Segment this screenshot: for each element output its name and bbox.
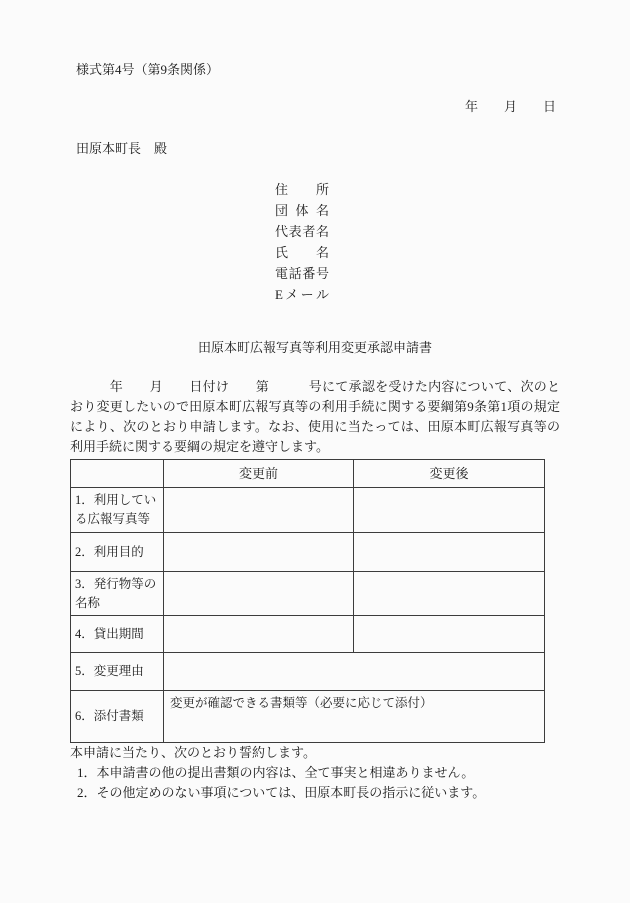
row-item1-before-cell <box>164 488 354 533</box>
applicant-field-char: 電 <box>275 264 288 284</box>
applicant-field-char: 所 <box>316 180 329 200</box>
table-row-item2: 2．利用目的 <box>71 533 545 572</box>
form-number: 様式第4号（第9条関係） <box>76 60 219 80</box>
table-header-row: 変更前変更後 <box>71 460 545 488</box>
applicant-field-name: 氏名 <box>275 242 329 263</box>
row-item2-after-cell <box>354 533 545 572</box>
applicant-field-char: 住 <box>275 180 288 200</box>
change-table: 変更前変更後 1．利用している広報写真等2．利用目的3．発行物等の名称4．貸出期… <box>70 459 545 743</box>
table-row-item5: 5．変更理由 <box>71 653 545 691</box>
applicant-field-organization: 団体名 <box>275 200 329 221</box>
row-item2-before-cell <box>164 533 354 572</box>
row-label-item4: 4．貸出期間 <box>71 616 164 653</box>
table-column-header-2: 変更後 <box>354 460 545 488</box>
applicant-field-char: E <box>275 285 283 305</box>
applicant-field-char: 名 <box>316 201 329 221</box>
row-item4-before-cell <box>164 616 354 653</box>
pledge-section: 本申請に当たり、次のとおり誓約します。 1．本申請書の他の提出書類の内容は、全て… <box>70 743 570 803</box>
row-label-item1: 1．利用している広報写真等 <box>71 488 164 533</box>
table-row-item4: 4．貸出期間 <box>71 616 545 653</box>
table-row-item1: 1．利用している広報写真等 <box>71 488 545 533</box>
table-row-item6: 6．添付書類変更が確認できる書類等（必要に応じて添付） <box>71 691 545 743</box>
document-page: 様式第4号（第9条関係） 年 月 日 田原本町長 殿 住所団体名代表者名氏名電話… <box>0 0 630 903</box>
pledge-item-1: 1．本申請書の他の提出書類の内容は、全て事実と相違ありません。 <box>77 763 570 783</box>
row-content-item6: 変更が確認できる書類等（必要に応じて添付） <box>164 691 545 743</box>
row-label-item2: 2．利用目的 <box>71 533 164 572</box>
row-item4-after-cell <box>354 616 545 653</box>
applicant-field-char: ル <box>316 285 329 305</box>
pledge-intro: 本申請に当たり、次のとおり誓約します。 <box>70 743 570 763</box>
applicant-field-char: メ <box>285 285 298 305</box>
table-column-header-0 <box>71 460 164 488</box>
applicant-field-phone: 電話番号 <box>275 263 329 284</box>
table-row-item3: 3．発行物等の名称 <box>71 572 545 616</box>
row-item1-after-cell <box>354 488 545 533</box>
applicant-field-char: 団 <box>275 201 288 221</box>
application-paragraph: 年 月 日付け 第 号にて承認を受けた内容について、次のとおり変更したいので田原… <box>70 377 560 457</box>
table-column-header-1: 変更前 <box>164 460 354 488</box>
applicant-field-char: 体 <box>295 201 308 221</box>
applicant-field-char: 番 <box>302 264 315 284</box>
applicant-field-char: 表 <box>289 222 302 242</box>
applicant-info-block: 住所団体名代表者名氏名電話番号Eメール <box>275 179 329 305</box>
applicant-field-char: 名 <box>316 243 329 263</box>
applicant-field-char: 代 <box>275 222 288 242</box>
document-title: 田原本町広報写真等利用変更承認申請書 <box>0 338 630 358</box>
applicant-field-address: 住所 <box>275 179 329 200</box>
row-label-item6: 6．添付書類 <box>71 691 164 743</box>
applicant-field-char: 名 <box>316 222 329 242</box>
recipient-line: 田原本町長 殿 <box>76 139 167 159</box>
applicant-field-char: ー <box>301 285 314 305</box>
applicant-field-representative: 代表者名 <box>275 221 329 242</box>
row-item3-after-cell <box>354 572 545 616</box>
applicant-field-char: 氏 <box>275 243 288 263</box>
pledge-item-2: 2．その他定めのない事項については、田原本町長の指示に従います。 <box>77 783 570 803</box>
row-item3-before-cell <box>164 572 354 616</box>
row-label-item5: 5．変更理由 <box>71 653 164 691</box>
applicant-field-email: Eメール <box>275 284 329 305</box>
applicant-field-char: 号 <box>316 264 329 284</box>
applicant-field-char: 者 <box>302 222 315 242</box>
date-line: 年 月 日 <box>465 97 556 117</box>
applicant-field-char: 話 <box>289 264 302 284</box>
row-label-item3: 3．発行物等の名称 <box>71 572 164 616</box>
row-content-item5 <box>164 653 545 691</box>
pledge-items: 1．本申請書の他の提出書類の内容は、全て事実と相違ありません。2．その他定めのな… <box>70 763 570 803</box>
